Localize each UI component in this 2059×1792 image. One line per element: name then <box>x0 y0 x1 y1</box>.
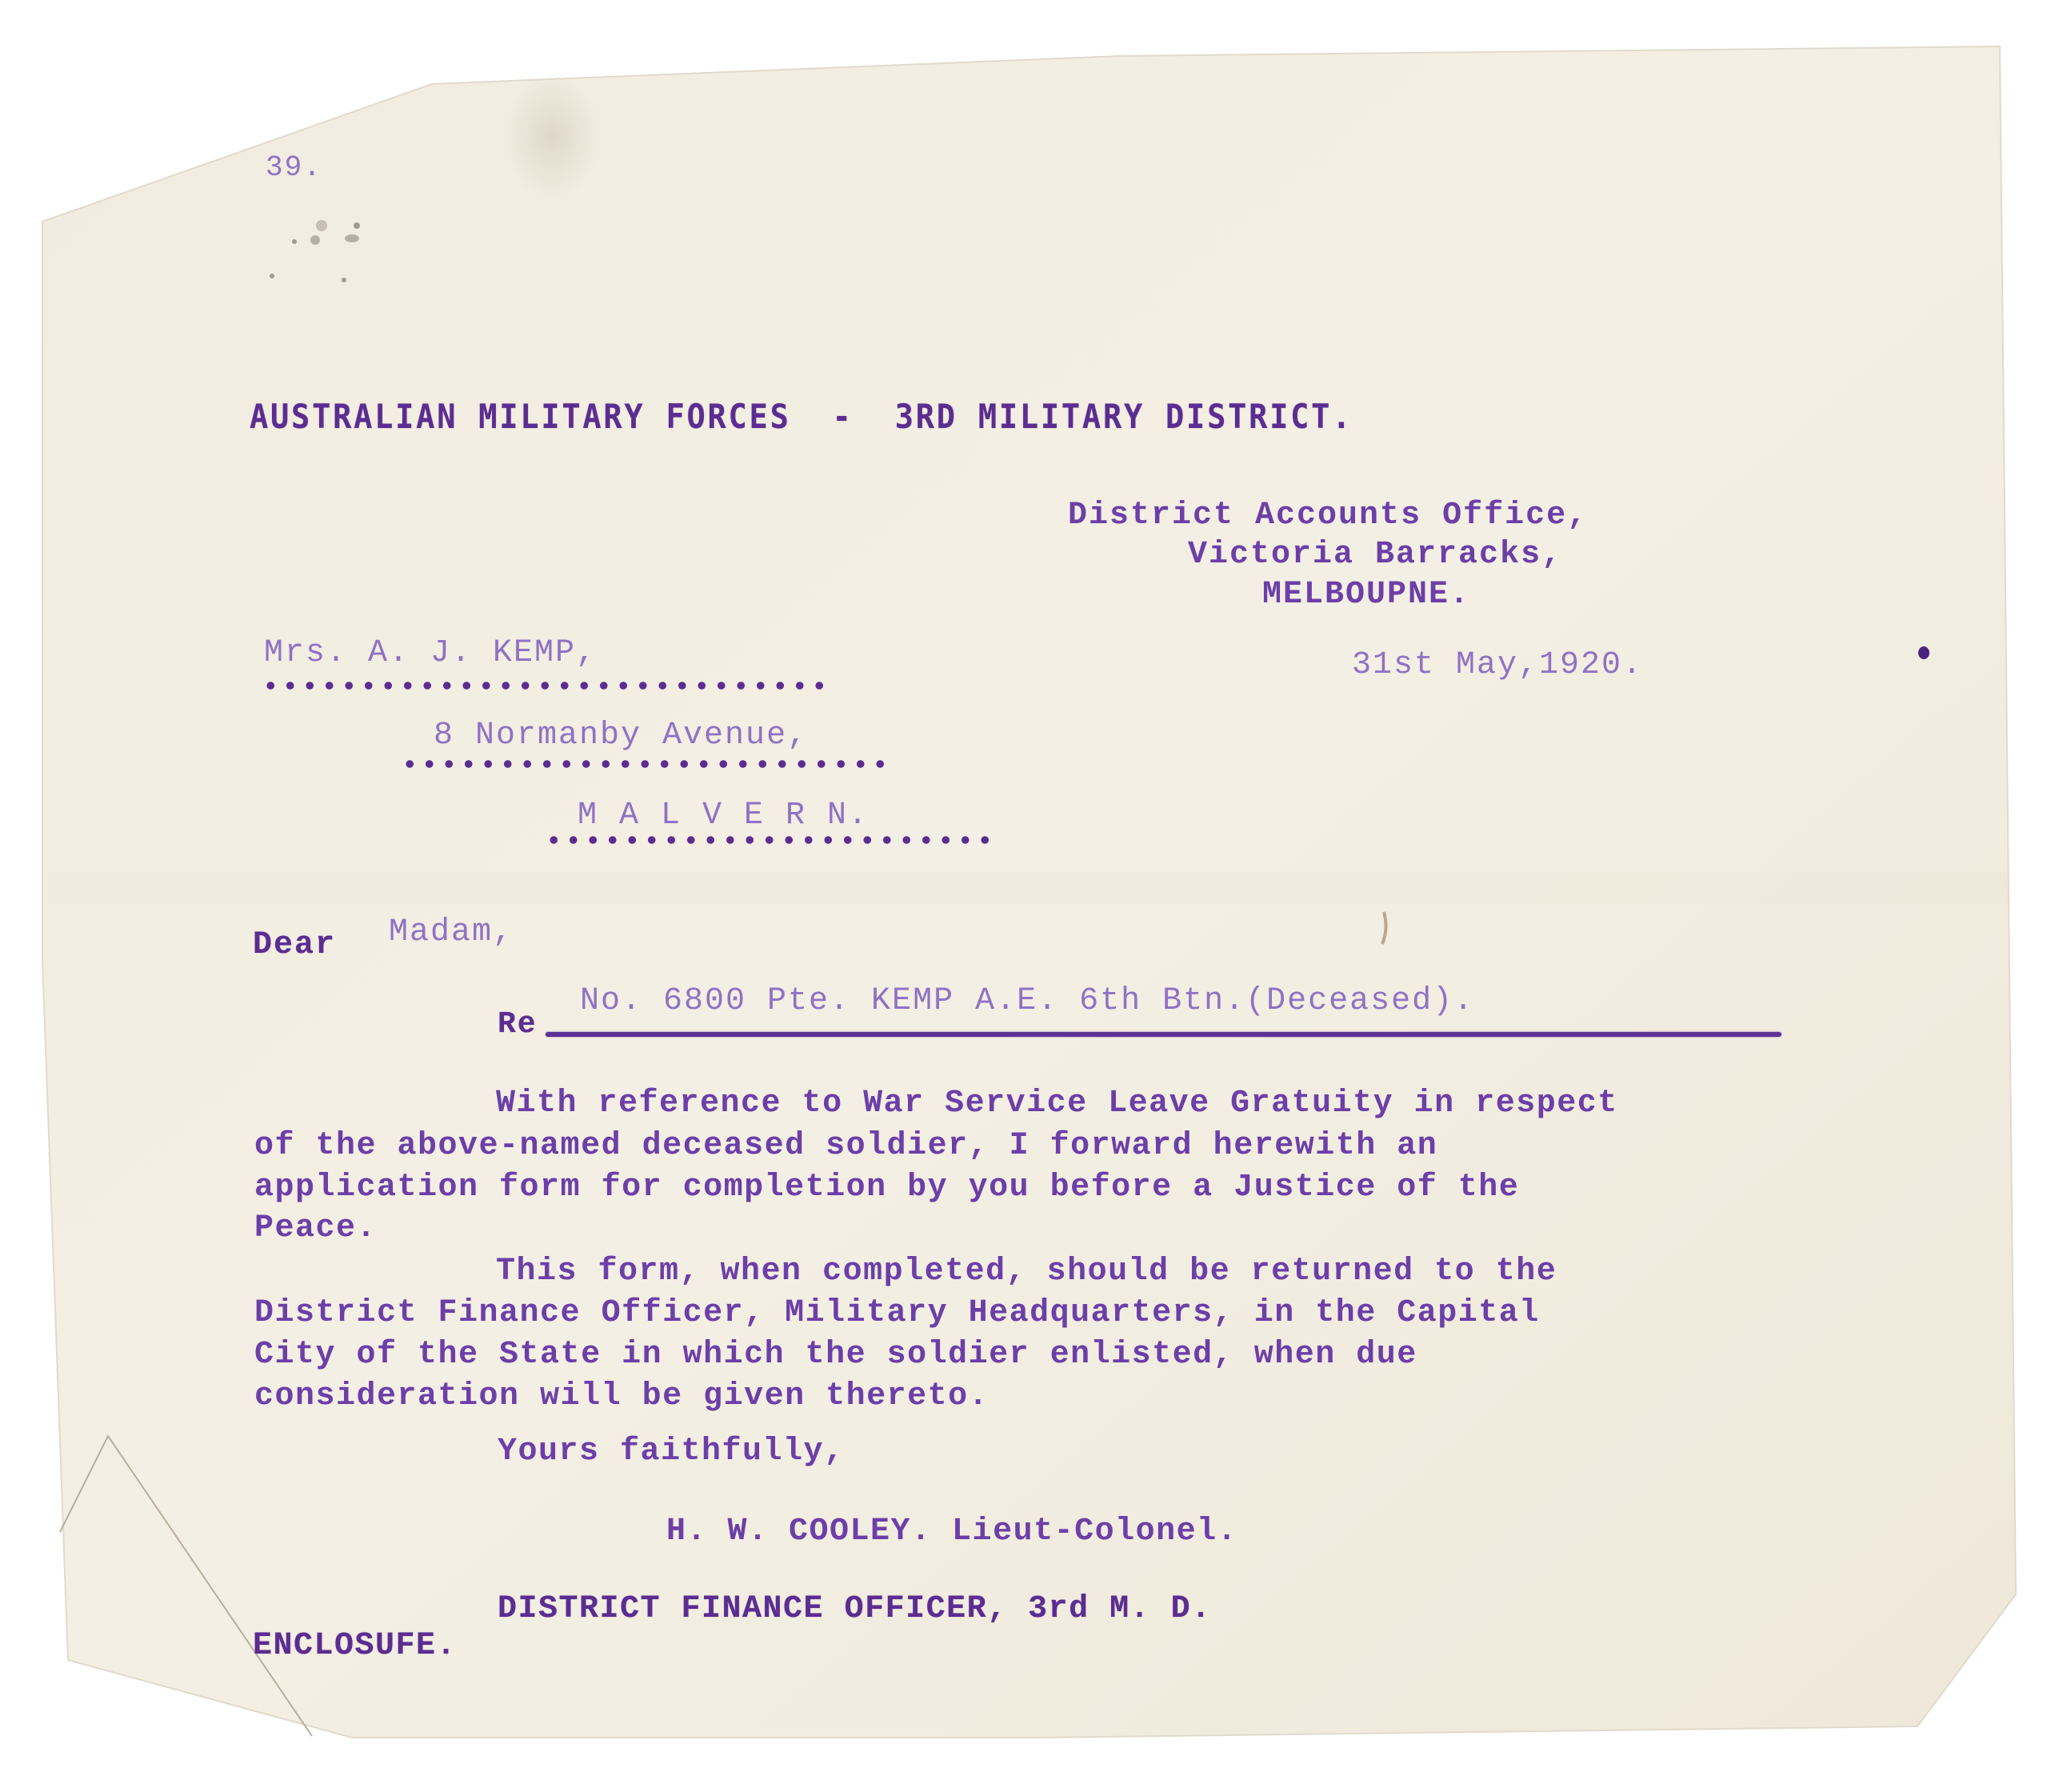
body-line: of the above-named deceased soldier, I f… <box>254 1130 1437 1162</box>
subject-text: No. 6800 Pte. KEMP A.E. 6th Btn.(Decease… <box>580 986 1474 1018</box>
ink-blot <box>1918 646 1929 659</box>
body-line: City of the State in which the soldier e… <box>254 1339 1417 1371</box>
closing: Yours faithfully, <box>498 1436 845 1468</box>
sender-address-line-2: Victoria Barracks, <box>1188 539 1562 571</box>
dotted-rule <box>544 836 996 844</box>
body-line: application form for completion by you b… <box>254 1172 1519 1204</box>
enclosure-note: ENCLOSUFE. <box>253 1630 457 1662</box>
letterhead-title: AUSTRALIAN MILITARY FORCES - 3RD MILITAR… <box>250 400 1353 434</box>
recipient-suburb: M A L V E R N. <box>578 800 869 832</box>
page-number: 39. <box>266 154 322 182</box>
salutation-dear: Dear <box>253 930 336 962</box>
body-line: Peace. <box>254 1213 377 1245</box>
subject-prefix: Re <box>498 1010 538 1040</box>
recipient-name: Mrs. A. J. KEMP, <box>264 638 597 670</box>
dotted-rule <box>400 760 896 768</box>
recipient-street: 8 Normanby Avenue, <box>434 720 808 752</box>
sender-address-line-3: MELBOUPNE. <box>1262 579 1470 611</box>
letter-date: 31st May,1920. <box>1352 650 1643 682</box>
signatory-name: H. W. COOLEY. Lieut-Colonel. <box>666 1516 1237 1548</box>
body-line: With reference to War Service Leave Grat… <box>496 1088 1618 1120</box>
letter-paper: 39. AUSTRALIAN MILITARY FORCES - 3RD MIL… <box>0 0 2059 1792</box>
sender-address-line-1: District Accounts Office, <box>1068 500 1588 532</box>
body-line: District Finance Officer, Military Headq… <box>254 1298 1540 1330</box>
salutation-title: Madam, <box>389 917 514 949</box>
signatory-title: DISTRICT FINANCE OFFICER, 3rd M. D. <box>498 1594 1212 1626</box>
subject-underline <box>546 1032 1781 1037</box>
body-line: This form, when completed, should be ret… <box>496 1256 1557 1288</box>
body-line: consideration will be given thereto. <box>254 1381 989 1413</box>
dotted-rule <box>261 682 825 690</box>
